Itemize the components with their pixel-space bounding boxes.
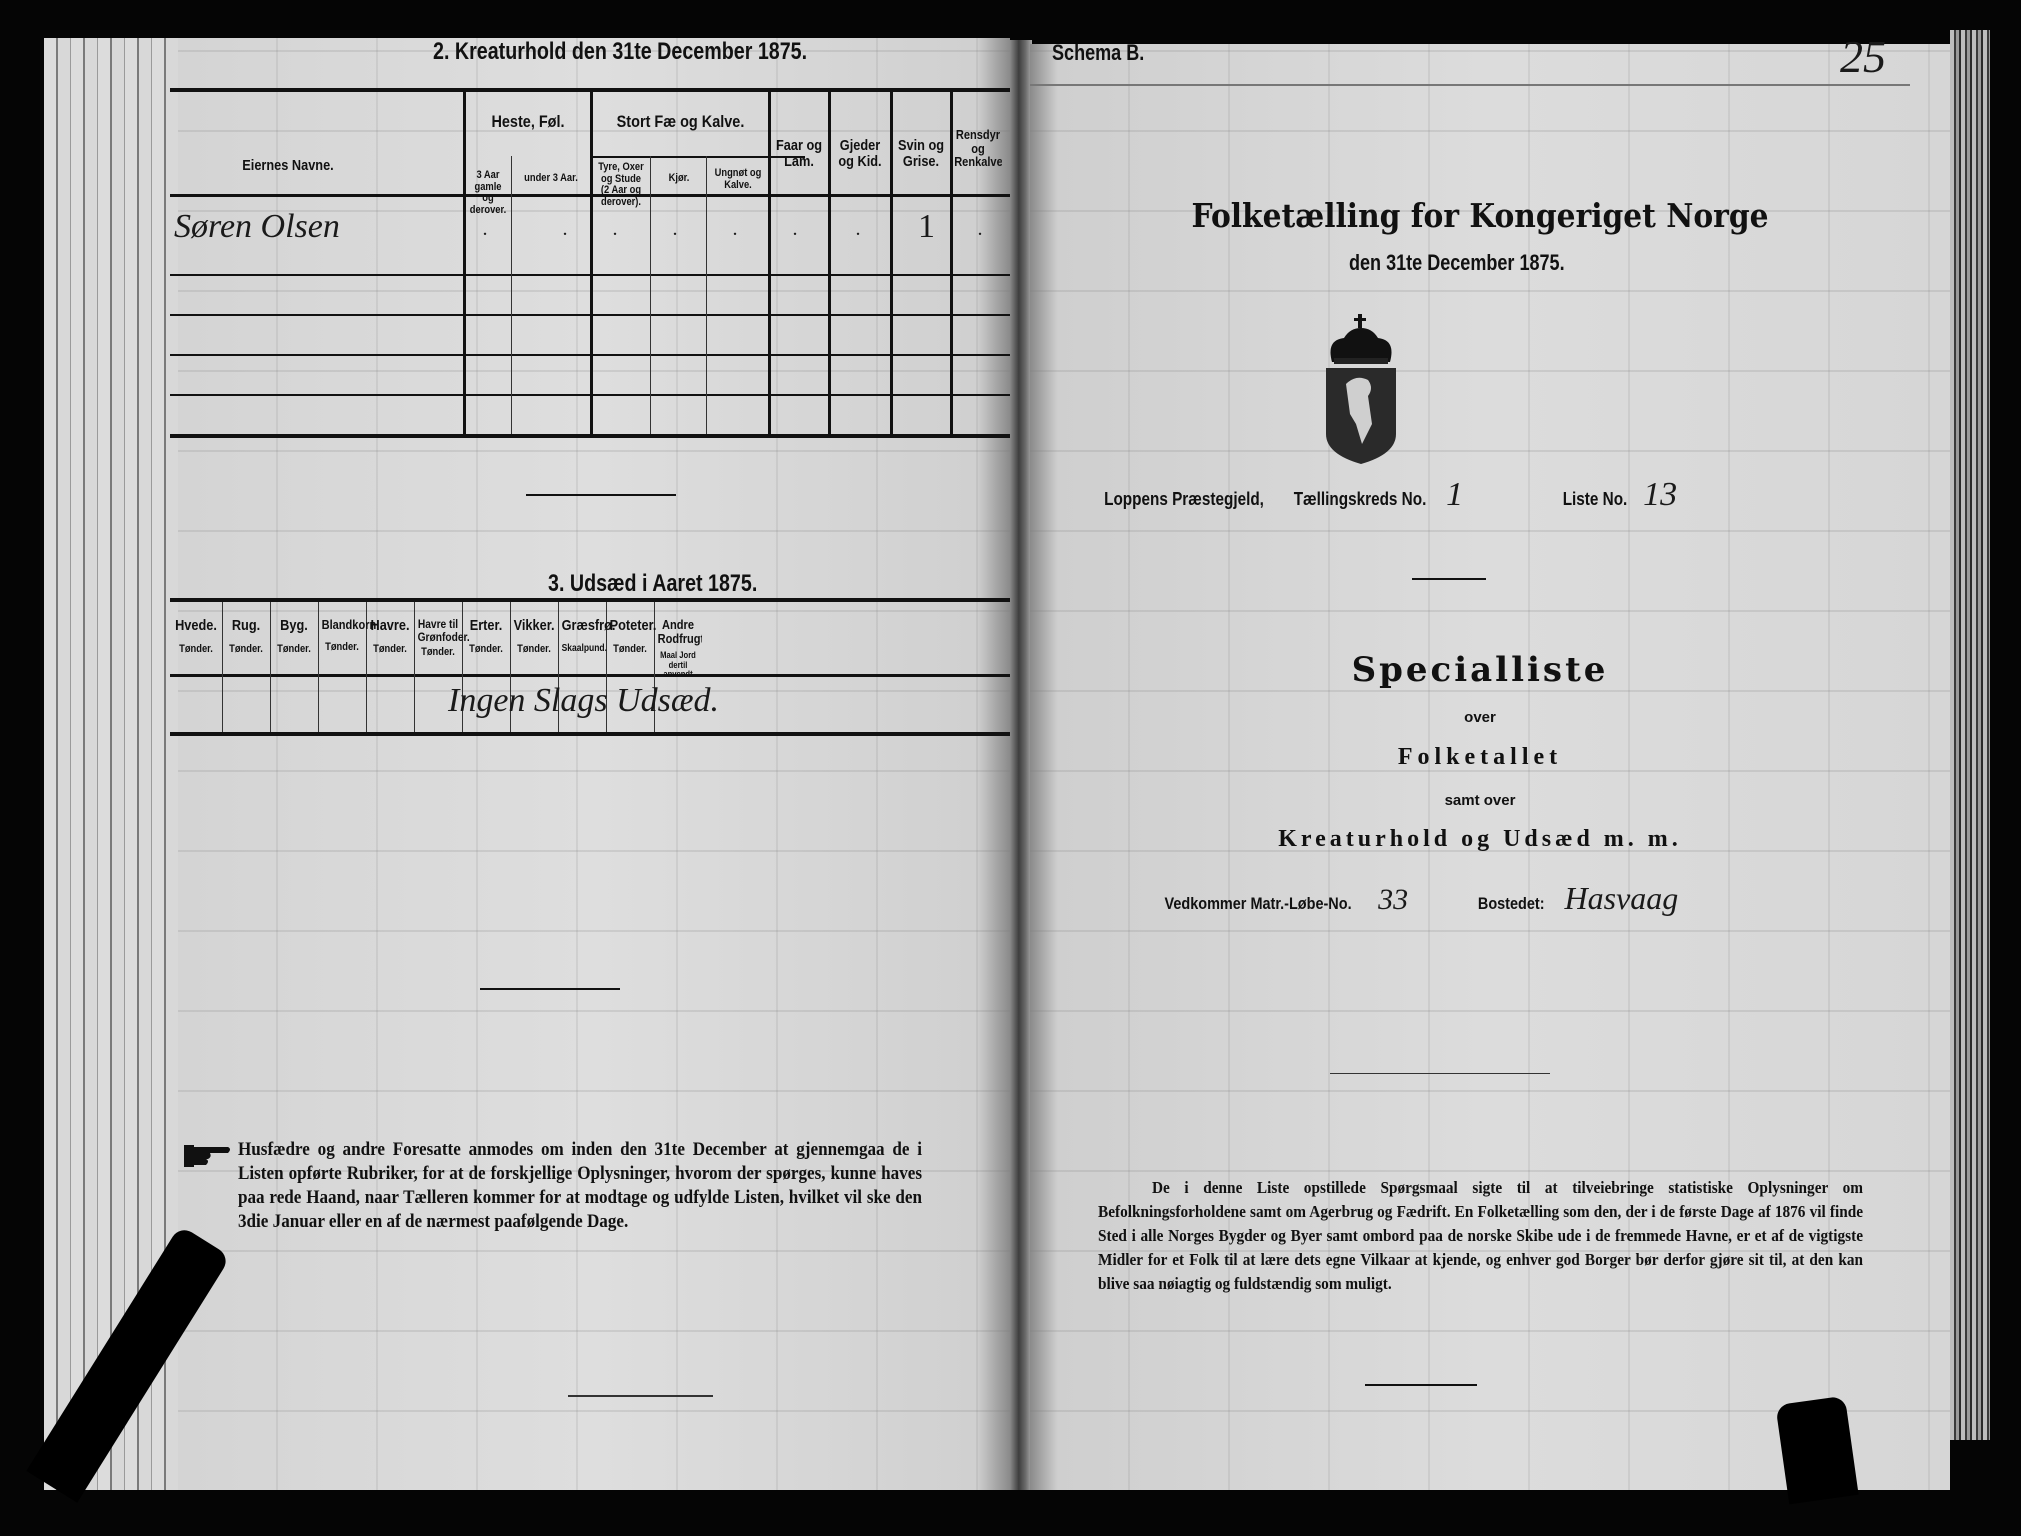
pigs-header: Svin og Grise. [896, 138, 945, 170]
seed-col-graesfro: Græsfrø. Skaalpund. [558, 618, 606, 654]
seed-col-erter: Erter. Tønder. [462, 618, 510, 655]
calves-header: Ungnøt og Kalve. [713, 168, 764, 191]
seed-col-hvede: Hvede. Tønder. [170, 618, 222, 655]
census-date: den 31te December 1875. [1349, 250, 1565, 276]
matr-number: 33 [1378, 883, 1408, 916]
residence-handwritten: Hasvaag [1565, 880, 1679, 916]
matr-line: Vedkommer Matr.-Løbe-No. 33 Bostedet: Ha… [1148, 880, 1678, 917]
seed-col-havre-gronfoder: Havre til Grønfoder. Tønder. [414, 618, 462, 659]
main-title: Folketælling for Kongeriget Norge [1138, 196, 1822, 235]
book-spine [1010, 40, 1032, 1490]
left-page: 2. Kreaturhold den 31te December 1875. E… [178, 38, 1010, 1490]
district-number: 1 [1446, 476, 1463, 513]
owner-header: Eiernes Navne. [220, 158, 356, 174]
reindeer-header: Rensdyr og Renkalve [954, 128, 1002, 169]
schema-label: Schema B. [1052, 40, 1144, 66]
seed-col-byg: Byg. Tønder. [270, 618, 318, 655]
horses-under3-header: under 3 Aar. [519, 173, 584, 185]
seed-col-rodfrugter: Andre Rodfrugter. Maal Jord dertil anven… [654, 618, 702, 680]
section2-title: 2. Kreaturhold den 31te December 1875. [433, 38, 807, 66]
seed-col-havre: Havre. Tønder. [366, 618, 414, 655]
seed-col-rug: Rug. Tønder. [222, 618, 270, 655]
kreaturhold-heading: Kreaturhold og Udsæd m. m. [1100, 826, 1860, 853]
goats-header: Gjeder og Kid. [835, 138, 886, 170]
right-page: Schema B. 25 Folketælling for Kongeriget… [1030, 44, 1950, 1490]
cattle-group-header: Stort Fæ og Kalve. [606, 113, 755, 131]
horses-group-header: Heste, Føl. [477, 113, 579, 131]
sheep-header: Faar og Lam. [774, 138, 823, 170]
folio-number: 25 [1840, 30, 1886, 83]
pointing-hand-icon [184, 1143, 232, 1169]
cows-header: Kjør. [656, 173, 702, 185]
seed-col-poteter: Poteter. Tønder. [606, 618, 654, 655]
seed-col-vikker: Vikker. Tønder. [510, 618, 558, 655]
parish-line: Loppens Præstegjeld, Tællingskreds No. 1… [1090, 476, 1677, 514]
specialliste-heading: Specialliste [1100, 650, 1860, 690]
horses-3yr-header: 3 Aar gamle og derover. [468, 170, 507, 216]
owner-name-handwritten: Søren Olsen [174, 208, 340, 246]
coat-of-arms-icon [1322, 314, 1400, 464]
list-number: 13 [1643, 476, 1677, 513]
page-edges-right [1950, 30, 1990, 1440]
bulls-header: Tyre, Oxer og Stude (2 Aar og derover). [596, 162, 645, 208]
notice-text: Husfædre og andre Foresatte anmodes om i… [238, 1138, 922, 1234]
section-separator [526, 494, 676, 496]
bookmark-obstruction [1775, 1396, 1858, 1505]
seed-col-blandkorn: Blandkorn. Tønder. [318, 618, 366, 653]
seed-handwritten-entry: Ingen Slags Udsæd. [448, 682, 719, 720]
footer-text: De i denne Liste opstillede Spørgsmaal s… [1098, 1176, 1863, 1296]
section3-title: 3. Udsæd i Aaret 1875. [548, 570, 757, 598]
folketallet-heading: Folketallet [1100, 744, 1860, 771]
pigs-count: 1 [918, 208, 935, 246]
